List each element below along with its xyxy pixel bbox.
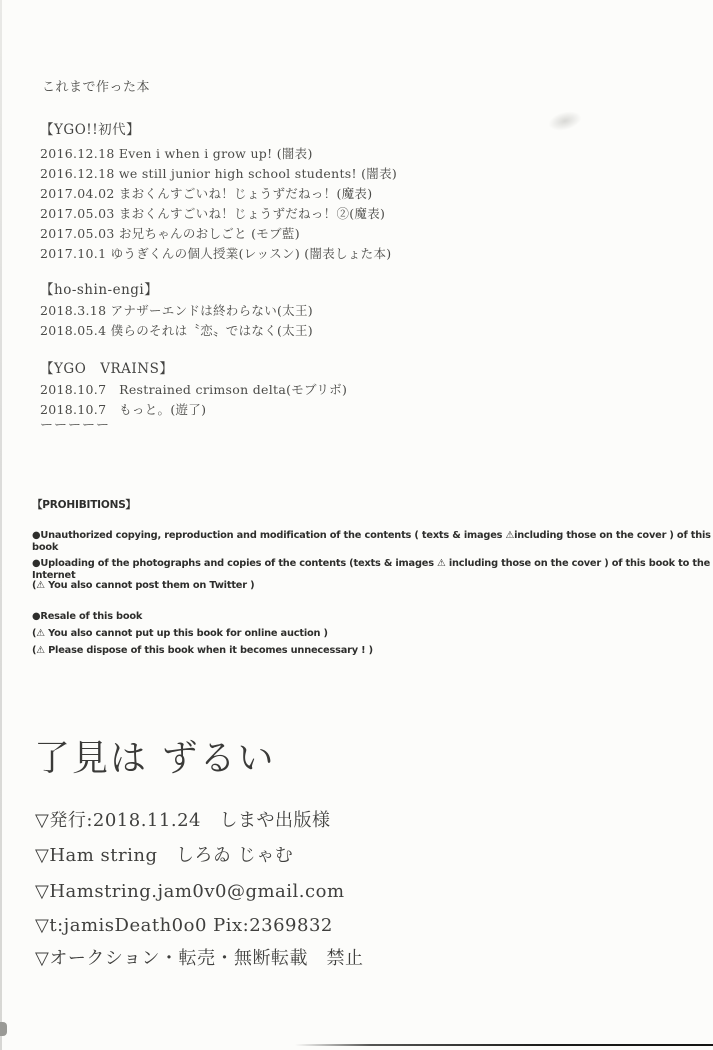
series-title-ygo-shodai: 【YGO!!初代】	[40, 122, 140, 139]
page-heading: これまで作った本	[42, 80, 150, 96]
book-entry: 2017.05.03 まおくんすごいね！じょうずだねっ！②(魔表)	[40, 206, 385, 222]
colophon-circle-author: ▽Ham string しろゐ じゃむ	[35, 845, 293, 868]
prohibition-dispose-note: (⚠ Please dispose of this book when it b…	[32, 645, 373, 657]
book-entry: 2018.10.7 もっと。(遊了)	[40, 402, 206, 418]
colophon-email: ▽Hamstring.jam0v0@gmail.com	[35, 881, 345, 904]
scan-line-bottom	[295, 1044, 713, 1046]
scanned-colophon-page: これまで作った本 【YGO!!初代】 2016.12.18 Even i whe…	[0, 0, 713, 1050]
prohibition-uploading: ●Uploading of the photographs and copies…	[32, 558, 713, 582]
book-entry: 2017.05.03 お兄ちゃんのおしごと (モブ藍)	[40, 226, 300, 242]
colophon-publisher: ▽発行:2018.11.24 しまや出版様	[35, 810, 330, 833]
series-title-hoshinengi: 【ho-shin-engi】	[40, 282, 158, 299]
prohibitions-title: 【PROHIBITIONS】	[32, 499, 136, 512]
scan-smudge	[546, 108, 584, 134]
divider-dashes: ーーーーー	[40, 418, 110, 434]
book-entry: 2016.12.18 Even i when i grow up! (闇表)	[40, 146, 313, 162]
book-entry: 2016.12.18 we still junior high school s…	[40, 166, 397, 182]
scan-edge-left	[0, 0, 2, 1050]
book-entry: 2017.04.02 まおくんすごいね！じょうずだねっ！(魔表)	[40, 186, 372, 202]
prohibition-resale: ●Resale of this book	[32, 611, 142, 623]
colophon-no-resale-notice: ▽オークション・転売・無断転載 禁止	[35, 948, 363, 971]
colophon-social-ids: ▽t:jamisDeath0o0 Pix:2369832	[35, 915, 333, 938]
book-entry: 2018.3.18 アナザーエンドは終わらない(太王)	[40, 303, 313, 319]
prohibition-copying: ●Unauthorized copying, reproduction and …	[32, 530, 713, 554]
series-title-vrains: 【YGO VRAINS】	[40, 361, 173, 378]
book-entry: 2017.10.1 ゆうぎくんの個人授業(レッスン) (闇表しょた本)	[40, 246, 391, 262]
prohibition-auction-note: (⚠ You also cannot put up this book for …	[32, 628, 328, 640]
book-title: 了見は ずるい	[34, 736, 275, 781]
prohibition-twitter-note: (⚠ You also cannot post them on Twitter …	[32, 580, 254, 592]
book-entry: 2018.05.4 僕らのそれは〝恋〟ではなく(太王)	[40, 323, 313, 339]
scan-artifact-left	[0, 1022, 7, 1036]
book-entry: 2018.10.7 Restrained crimson delta(モブリボ)	[40, 382, 347, 398]
